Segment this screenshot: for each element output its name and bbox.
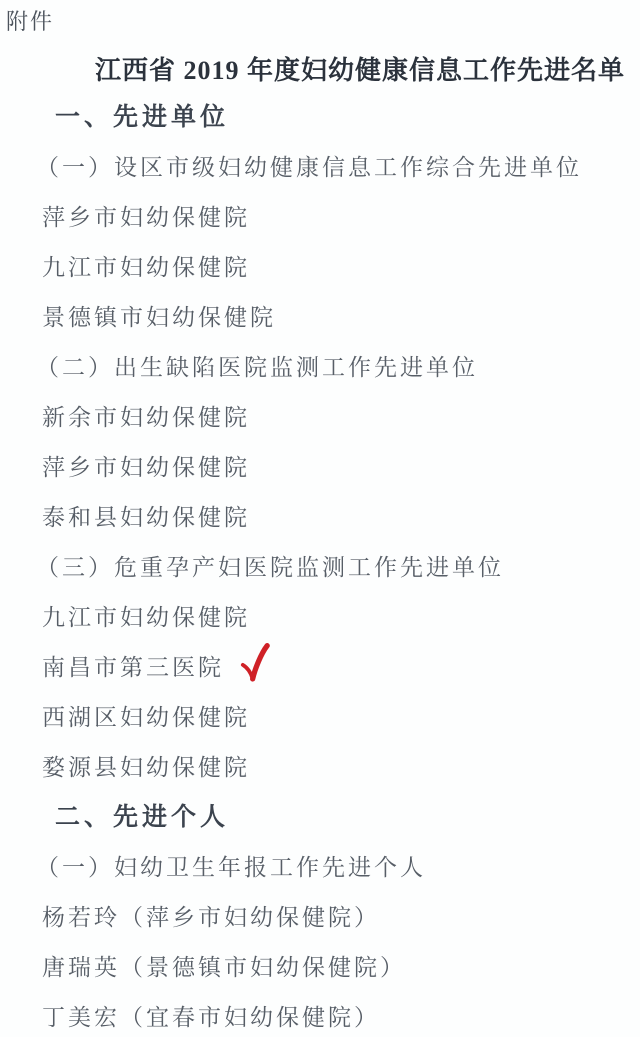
list-item-text: 西湖区妇幼保健院 [42,699,250,732]
list-item: 萍乡市妇幼保健院 [42,440,640,490]
subsection-heading: （一）妇幼卫生年报工作先进个人 [36,840,640,890]
list-item-text: 泰和县妇幼保健院 [42,499,250,532]
list-item-checked: 南昌市第三医院 [42,640,640,690]
list-item: 唐瑞英（景德镇市妇幼保健院） [42,940,640,990]
list-item-text: 唐瑞英（景德镇市妇幼保健院） [42,949,406,982]
list-item: 新余市妇幼保健院 [42,390,640,440]
red-checkmark-icon [240,643,270,683]
list-item-text: 九江市妇幼保健院 [42,249,250,282]
list-item: 萍乡市妇幼保健院 [42,190,640,240]
list-item-text: 丁美宏（宜春市妇幼保健院） [42,999,380,1032]
section-heading: 二、先进个人 [42,790,640,840]
subsection-heading-text: （三）危重孕产妇医院监测工作先进单位 [36,549,504,582]
section-heading-text: 一、先进单位 [55,97,229,133]
list-item: 九江市妇幼保健院 [42,240,640,290]
subsection-heading: （二）出生缺陷医院监测工作先进单位 [36,340,640,390]
list-item-text: 新余市妇幼保健院 [42,399,250,432]
subsection-heading-text: （二）出生缺陷医院监测工作先进单位 [36,349,478,382]
list-item: 景德镇市妇幼保健院 [42,290,640,340]
list-item-text: 萍乡市妇幼保健院 [42,449,250,482]
subsection-heading-text: （一）妇幼卫生年报工作先进个人 [36,849,426,882]
attachment-label: 附件 [0,0,640,35]
page-title: 江西省 2019 年度妇幼健康信息工作先进名单 [40,52,640,90]
section-heading: 一、先进单位 [42,90,640,140]
list-item-text: 杨若玲（萍乡市妇幼保健院） [42,899,380,932]
section-heading-text: 二、先进个人 [55,797,229,833]
list-item: 杨若玲（萍乡市妇幼保健院） [42,890,640,940]
subsection-heading: （三）危重孕产妇医院监测工作先进单位 [36,540,640,590]
list-item-text: 婺源县妇幼保健院 [42,749,250,782]
document-body: 一、先进单位 （一）设区市级妇幼健康信息工作综合先进单位 萍乡市妇幼保健院 九江… [0,90,640,1037]
list-item: 西湖区妇幼保健院 [42,690,640,740]
subsection-heading-text: （一）设区市级妇幼健康信息工作综合先进单位 [36,149,582,182]
document-page: 附件 江西省 2019 年度妇幼健康信息工作先进名单 一、先进单位 （一）设区市… [0,0,640,1037]
list-item: 丁美宏（宜春市妇幼保健院） [42,990,640,1037]
list-item-text: 萍乡市妇幼保健院 [42,199,250,232]
list-item-text: 南昌市第三医院 [42,649,224,682]
list-item: 九江市妇幼保健院 [42,590,640,640]
subsection-heading: （一）设区市级妇幼健康信息工作综合先进单位 [36,140,640,190]
list-item: 婺源县妇幼保健院 [42,740,640,790]
list-item-text: 九江市妇幼保健院 [42,599,250,632]
list-item-text: 景德镇市妇幼保健院 [42,299,276,332]
list-item: 泰和县妇幼保健院 [42,490,640,540]
